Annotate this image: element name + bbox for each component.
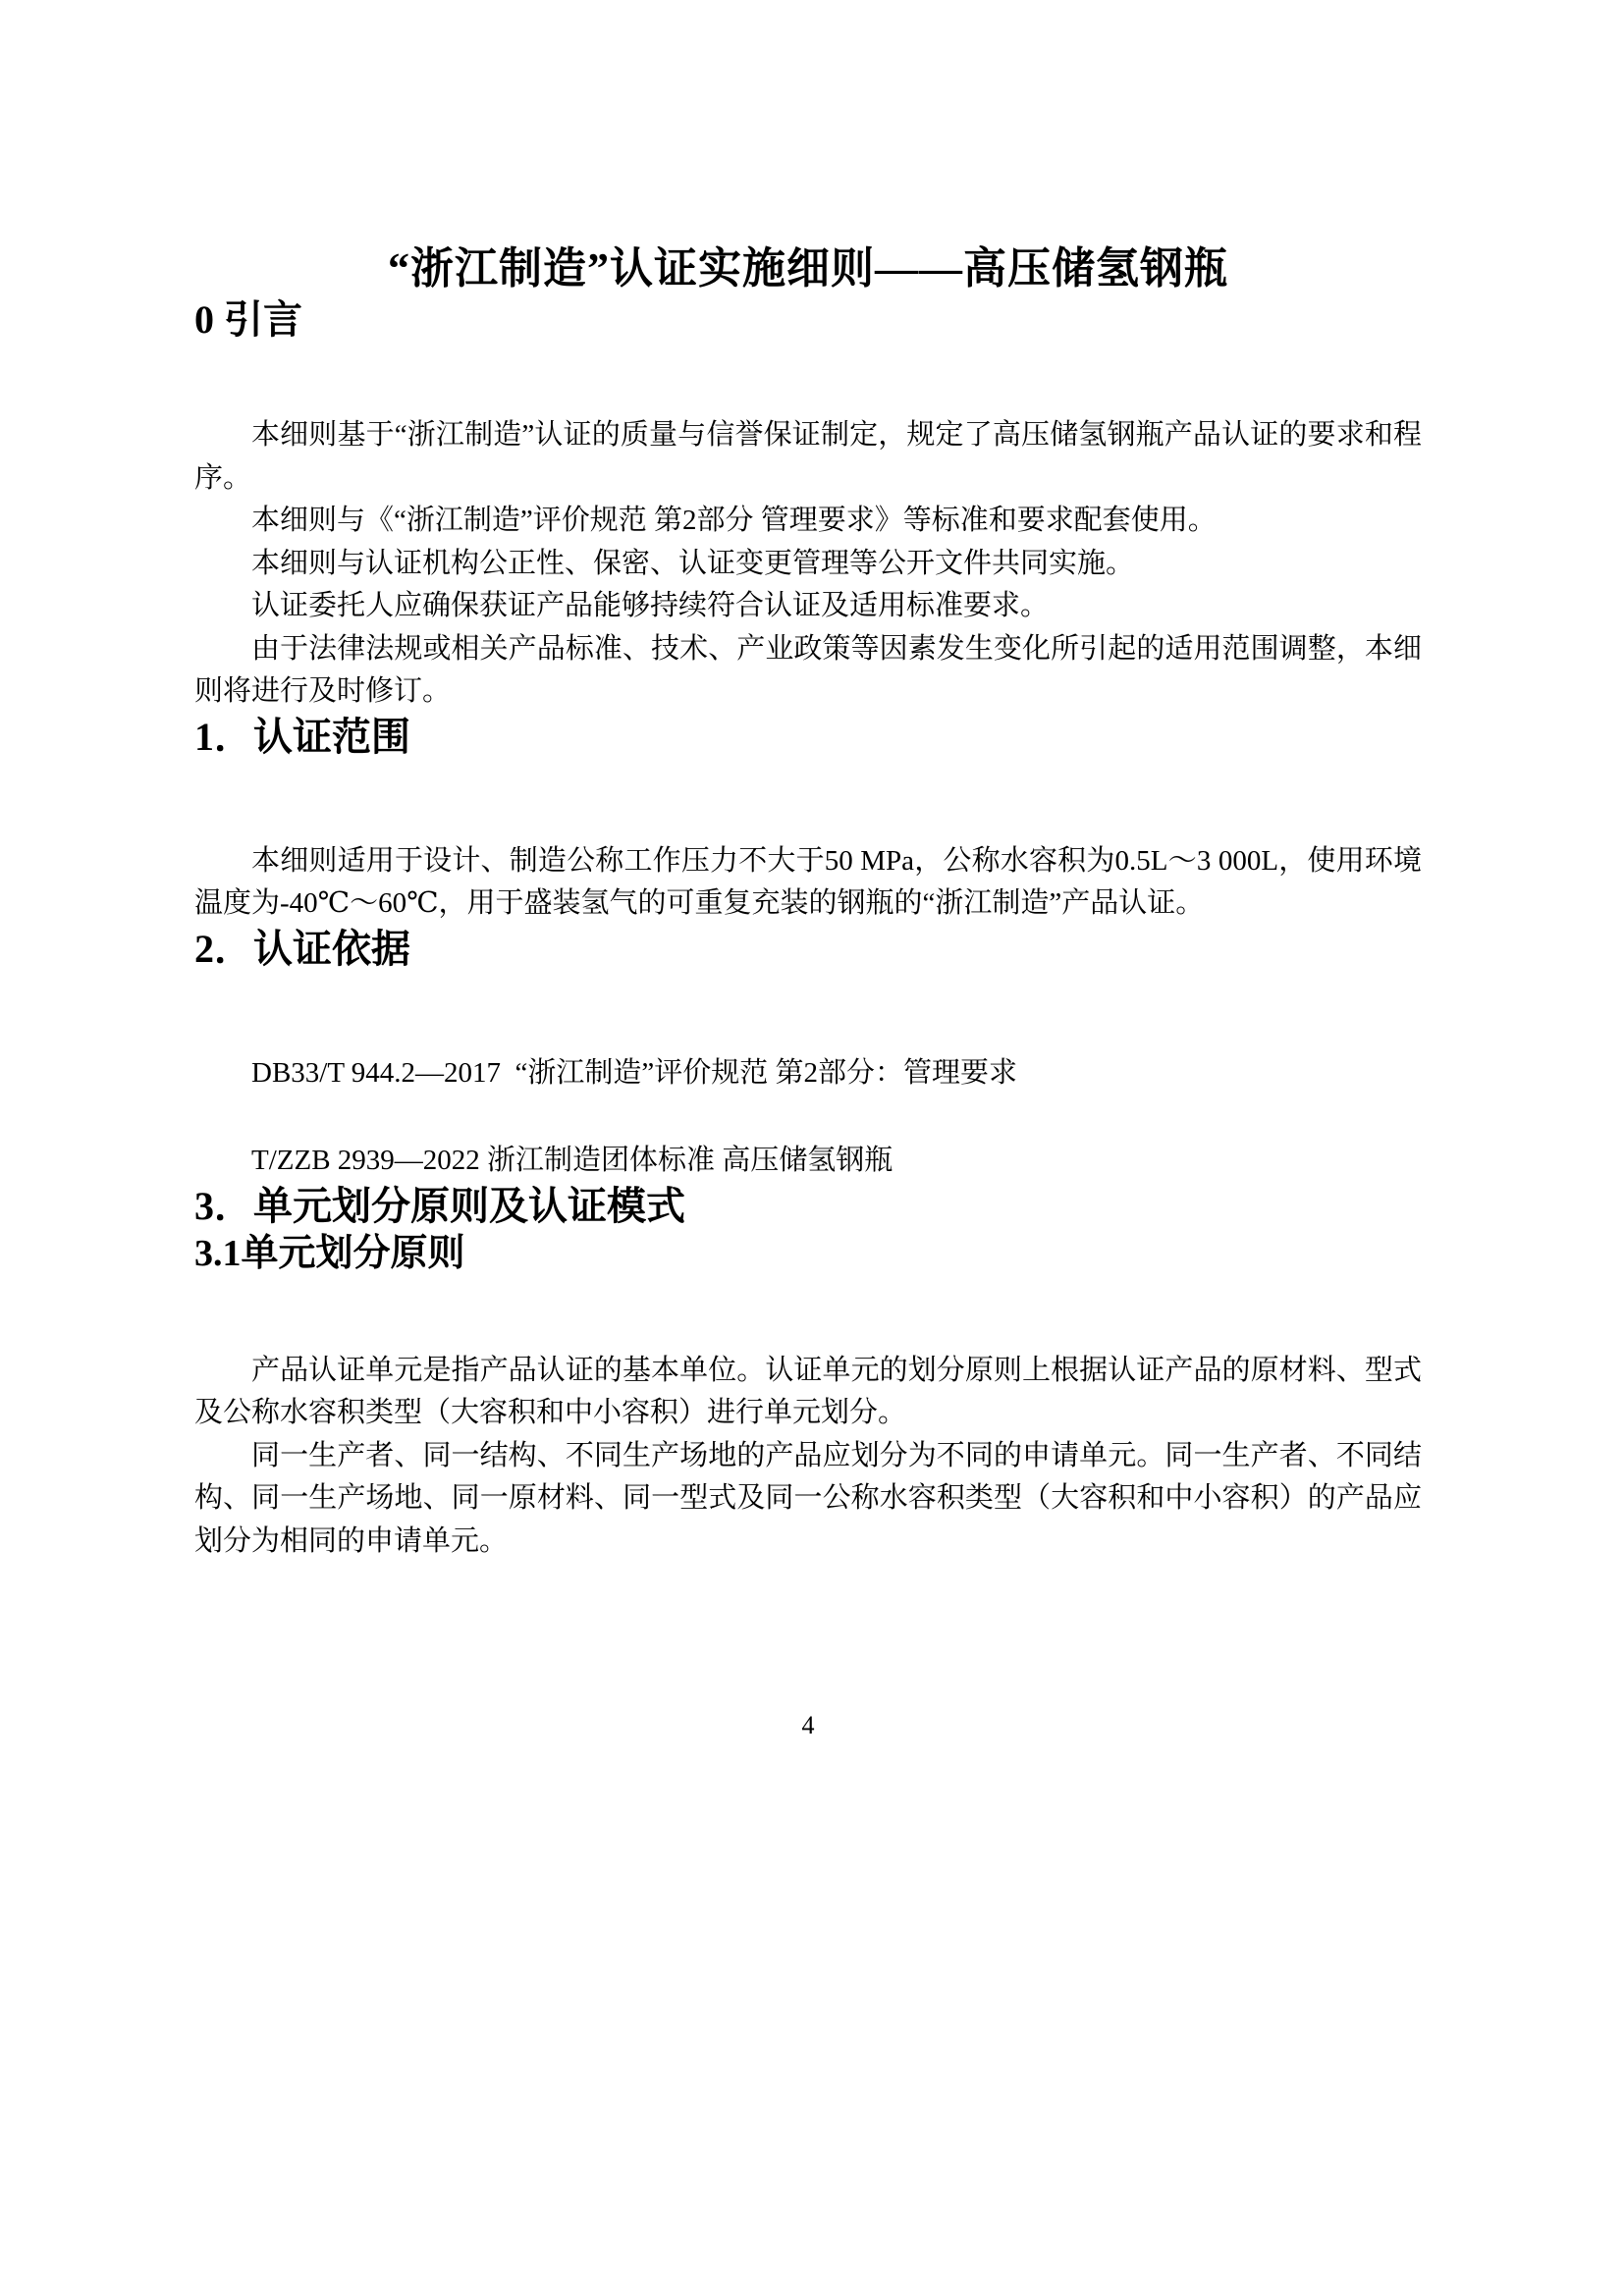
paragraph: 本细则基于“浙江制造”认证的质量与信誉保证制定，规定了高压储氢钢瓶产品认证的要求…: [194, 414, 1422, 500]
paragraph: 由于法律法规或相关产品标准、技术、产业政策等因素发生变化所引起的适用范围调整，本…: [194, 628, 1422, 714]
section-1-heading: 1．认证范围: [194, 714, 1422, 761]
section-3-1-body: 产品认证单元是指产品认证的基本单位。认证单元的划分原则上根据认证产品的原材料、型…: [194, 1350, 1422, 1564]
section-3-1-heading: 3.1单元划分原则: [194, 1230, 1422, 1277]
document-title: “浙江制造”认证实施细则——高压储氢钢瓶: [194, 0, 1422, 296]
document-page: “浙江制造”认证实施细则——高压储氢钢瓶 0 引言 本细则基于“浙江制造”认证的…: [0, 0, 1624, 2296]
reference-standard: DB33/T 944.2—2017 “浙江制造”评价规范 第2部分：管理要求: [194, 1052, 1422, 1095]
paragraph: 同一生产者、同一结构、不同生产场地的产品应划分为不同的申请单元。同一生产者、不同…: [194, 1435, 1422, 1564]
section-0-body: 本细则基于“浙江制造”认证的质量与信誉保证制定，规定了高压储氢钢瓶产品认证的要求…: [194, 414, 1422, 714]
page-content: “浙江制造”认证实施细则——高压储氢钢瓶 0 引言 本细则基于“浙江制造”认证的…: [194, 0, 1422, 1741]
section-0-heading: 0 引言: [194, 296, 1422, 344]
paragraph: 本细则适用于设计、制造公称工作压力不大于50 MPa，公称水容积为0.5L～3 …: [194, 840, 1422, 926]
section-2-heading: 2．认证依据: [194, 926, 1422, 973]
paragraph: 本细则与《“浙江制造”评价规范 第2部分 管理要求》等标准和要求配套使用。: [194, 500, 1422, 543]
page-number: 4: [194, 1710, 1422, 1741]
paragraph: 产品认证单元是指产品认证的基本单位。认证单元的划分原则上根据认证产品的原材料、型…: [194, 1350, 1422, 1435]
paragraph: 认证委托人应确保获证产品能够持续符合认证及适用标准要求。: [194, 585, 1422, 628]
section-1-body: 本细则适用于设计、制造公称工作压力不大于50 MPa，公称水容积为0.5L～3 …: [194, 840, 1422, 926]
section-3-heading: 3．单元划分原则及认证模式: [194, 1183, 1422, 1230]
paragraph: 本细则与认证机构公正性、保密、认证变更管理等公开文件共同实施。: [194, 543, 1422, 586]
reference-standard: T/ZZB 2939—2022 浙江制造团体标准 高压储氢钢瓶: [194, 1140, 1422, 1183]
